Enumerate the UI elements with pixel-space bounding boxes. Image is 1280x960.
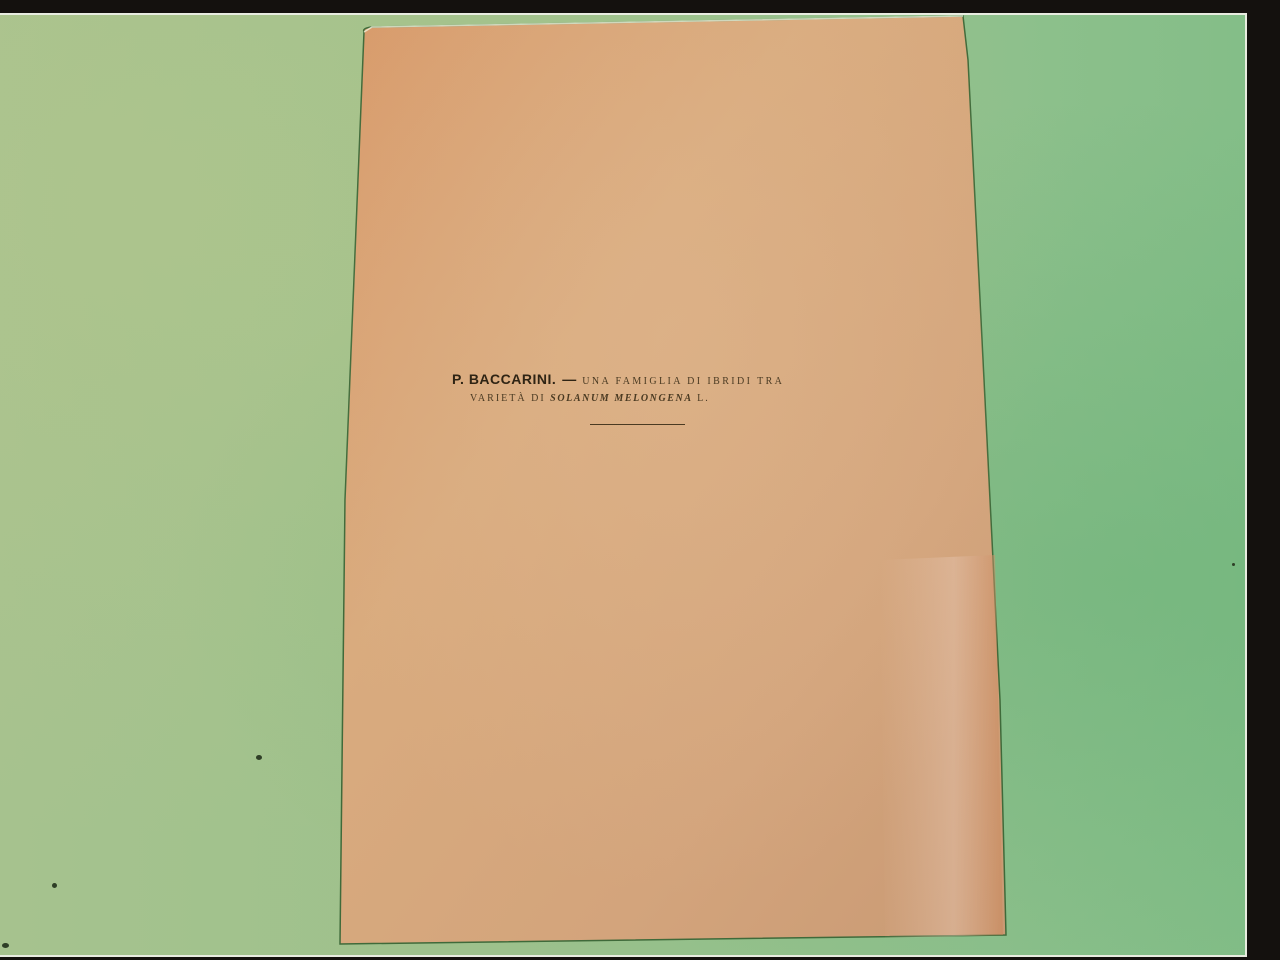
document-title-block: P. BACCARINI.—UNA FAMIGLIA DI IBRIDI TRA… xyxy=(452,370,832,404)
title-text-line-1: UNA FAMIGLIA DI IBRIDI TRA xyxy=(582,376,784,387)
title-text-prefix: VARIETÀ DI xyxy=(470,393,546,404)
title-separator: — xyxy=(562,371,576,387)
title-line-1: P. BACCARINI.—UNA FAMIGLIA DI IBRIDI TRA xyxy=(452,370,832,391)
title-line-2: VARIETÀ DI SOLANUM MELONGENA L. xyxy=(470,393,832,404)
species-name: SOLANUM MELONGENA xyxy=(550,393,693,404)
paper-sheet xyxy=(0,0,1280,960)
author-name: P. BACCARINI. xyxy=(452,371,556,387)
title-underline-rule xyxy=(590,424,685,425)
title-text-suffix: L. xyxy=(697,393,710,404)
